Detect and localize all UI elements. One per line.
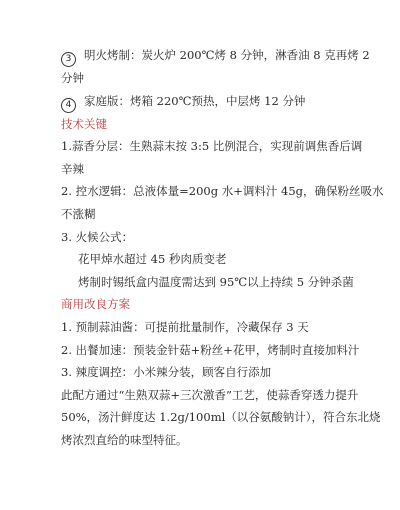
tech-item-2: 2. 控水逻辑：总液体量=200g 水+调料汁 45g，确保粉丝吸水: [61, 180, 351, 203]
document-page: 3明火烤制：炭火炉 200℃烤 8 分钟，淋香油 8 克再烤 2 分钟 4家庭版…: [61, 44, 351, 452]
circled-number-3-icon: 3: [61, 52, 76, 67]
step-3-text: 明火烤制：炭火炉 200℃烤 8 分钟，淋香油 8 克再烤 2: [84, 48, 370, 62]
summary-line-2: 50%，汤汁鲜度达 1.2g/100ml（以谷氨酸钠计），符合东北烧: [61, 406, 351, 429]
circled-number-4-icon: 4: [61, 98, 76, 113]
summary-line-1: 此配方通过“生熟双蒜+三次激香”工艺，使蒜香穿透力提升: [61, 384, 351, 407]
tech-item-1-continued: 辛辣: [61, 158, 351, 181]
tech-subitem-1: 花甲焯水超过 45 秒肉质变老: [61, 248, 351, 271]
tech-item-3: 3. 火候公式：: [61, 226, 351, 249]
commercial-item-3: 3. 辣度调控：小米辣分装，顾客自行添加: [61, 361, 351, 384]
section-heading-commercial: 商用改良方案: [61, 293, 351, 316]
step-3: 3明火烤制：炭火炉 200℃烤 8 分钟，淋香油 8 克再烤 2: [61, 44, 351, 67]
step-3-continued: 分钟: [61, 67, 351, 90]
tech-subitem-2: 烤制时锡纸盒内温度需达到 95℃以上持续 5 分钟杀菌: [61, 271, 351, 294]
tech-item-1: 1.蒜香分层：生熟蒜末按 3:5 比例混合，实现前调焦香后调: [61, 135, 351, 158]
commercial-item-1: 1. 预制蒜油酱：可提前批量制作，冷藏保存 3 天: [61, 316, 351, 339]
step-4-text: 家庭版：烤箱 220℃预热，中层烤 12 分钟: [84, 94, 305, 108]
commercial-item-2: 2. 出餐加速：预装金针菇+粉丝+花甲，烤制时直接加料汁: [61, 339, 351, 362]
section-heading-tech: 技术关键: [61, 113, 351, 136]
tech-item-2-continued: 不涨糊: [61, 203, 351, 226]
step-4: 4家庭版：烤箱 220℃预热，中层烤 12 分钟: [61, 90, 351, 113]
summary-line-3: 烤浓烈直给的味型特征。: [61, 429, 351, 452]
